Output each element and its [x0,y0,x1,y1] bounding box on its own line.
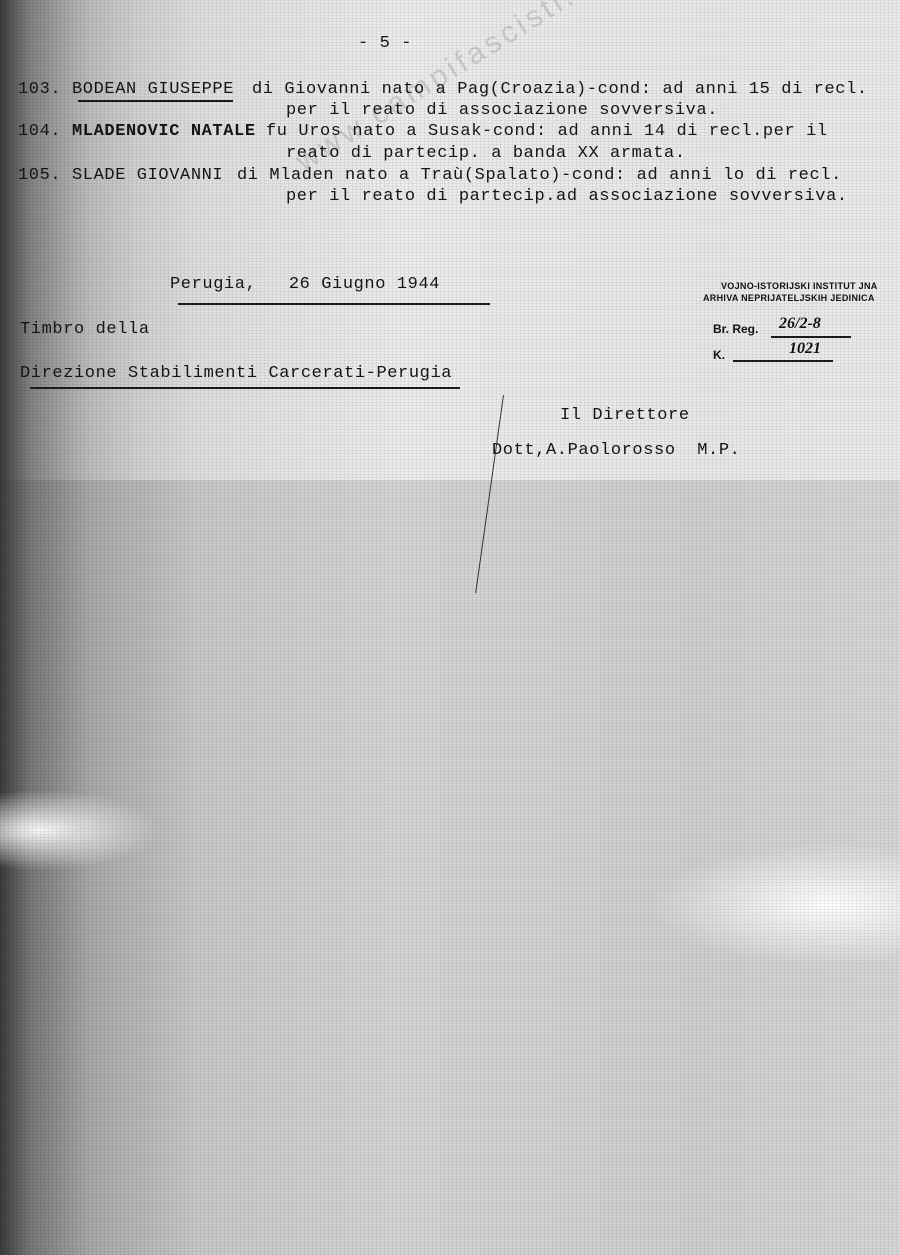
entry-105-name: SLADE GIOVANNI [72,166,223,186]
entry-105-line2: per il reato di partecip.ad associazione… [286,187,848,207]
entry-104-name: MLADENOVIC NATALE [72,122,256,142]
seal-label: Timbro della [20,320,150,340]
stamp-box-value: 1021 [789,340,821,358]
place-date-underline [178,303,490,305]
entry-103-underline [78,100,233,102]
institution-underline [30,387,460,389]
stamp-line1: VOJNO-ISTORIJSKI INSTITUT JNA [703,280,883,292]
archive-stamp: VOJNO-ISTORIJSKI INSTITUT JNA ARHIVA NEP… [703,280,883,304]
signature-name: Dott,A.Paolorosso M.P. [492,441,740,461]
stamp-reg-underline [771,336,851,338]
entry-105-number: 105. [18,166,61,186]
entry-103-line1: di Giovanni nato a Pag(Croazia)-cond: ad… [252,80,868,100]
stamp-reg-label: Br. Reg. [713,322,758,336]
stamp-line2: ARHIVA NEPRIJATELJSKIH JEDINICA [703,292,883,304]
entry-103-number: 103. [18,80,61,100]
institution-name: Direzione Stabilimenti Carcerati-Perugia [20,364,452,384]
stamp-box-label: K. [713,348,725,362]
entry-104-line1: fu Uros nato a Susak-cond: ad anni 14 di… [266,122,828,142]
entry-104-number: 104. [18,122,61,142]
entry-103-line2: per il reato di associazione sovversiva. [286,101,718,121]
place-date: Perugia, 26 Giugno 1944 [170,275,440,295]
document-page: www.campifascisti.it - 5 - 103. BODEAN G… [0,0,900,1255]
stamp-box-underline [733,360,833,362]
signature-title: Il Direttore [560,406,690,426]
page-number: - 5 - [358,34,412,54]
stamp-reg-value: 26/2-8 [779,315,821,333]
entry-103-name: BODEAN GIUSEPPE [72,80,234,100]
pen-stroke [475,395,504,593]
entry-105-line1: di Mladen nato a Traù(Spalato)-cond: ad … [237,166,842,186]
entry-104-line2: reato di partecip. a banda XX armata. [286,144,686,164]
